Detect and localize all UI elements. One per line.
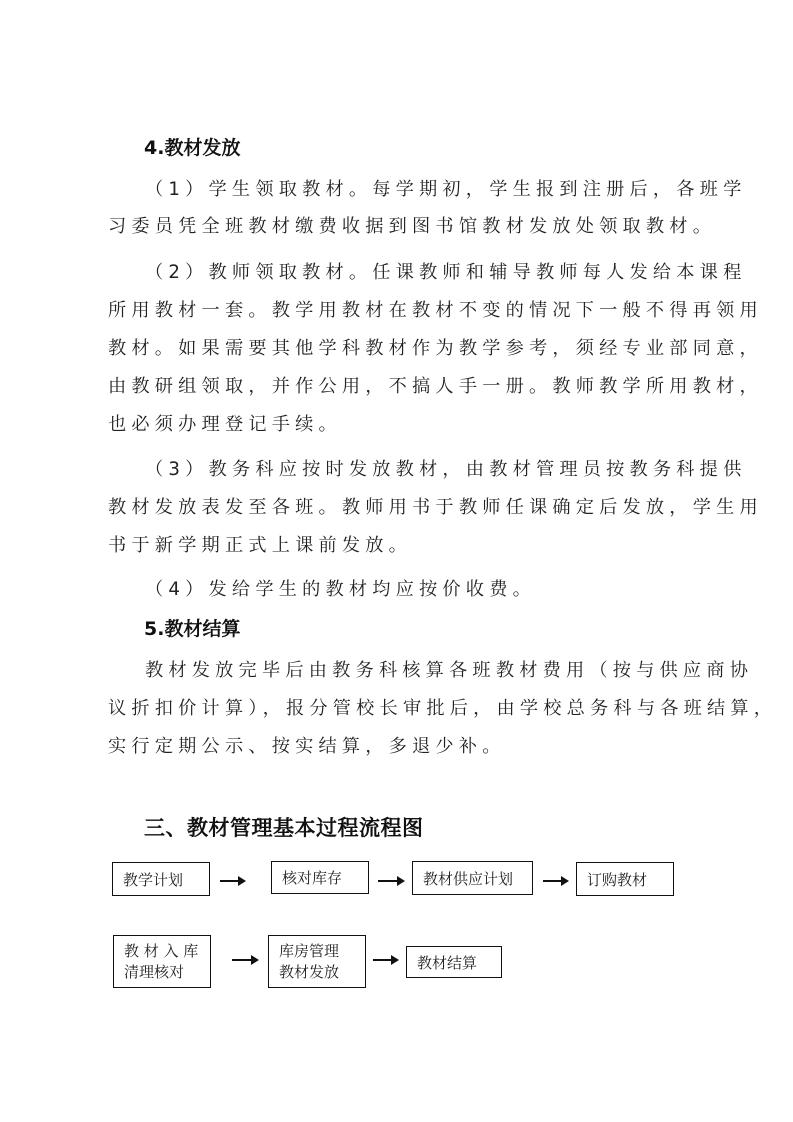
section-4-heading: 4.教材发放 <box>144 133 240 160</box>
paragraph-line: （4）发给学生的教材均应按价收费。 <box>145 575 536 601</box>
section-5-heading: 5.教材结算 <box>144 614 240 641</box>
paragraph-line: （2）教师领取教材。任课教师和辅导教师每人发给本课程 <box>145 258 746 284</box>
flow-box-label: 订购教材 <box>587 869 647 890</box>
paragraph-line: 由教研组领取，并作公用，不搞人手一册。教师教学所用教材， <box>108 372 763 398</box>
paragraph-line: 教材发放完毕后由教务科核算各班教材费用（按与供应商协 <box>145 656 753 682</box>
paragraph-line: 教材。如果需要其他学科教材作为教学参考，须经专业部同意， <box>108 334 763 360</box>
flow-box-label: 教学计划 <box>123 869 183 890</box>
arrow-right-icon <box>220 880 244 882</box>
flow-box-supply-plan: 教材供应计划 <box>412 861 533 895</box>
arrow-right-icon <box>543 880 567 882</box>
paragraph-line: 教材发放表发至各班。教师用书于教师任课确定后发放，学生用 <box>108 493 763 519</box>
flow-box-label-line1: 教 材 入 库 <box>124 941 198 962</box>
flow-box-label-line2: 清理核对 <box>124 962 184 983</box>
document-page: 4.教材发放 （1）学生领取教材。每学期初，学生报到注册后，各班学 习委员凭全班… <box>0 0 793 1122</box>
paragraph-line: 所用教材一套。教学用教材在教材不变的情况下一般不得再领用 <box>108 296 763 322</box>
arrow-right-icon <box>378 880 403 882</box>
paragraph-line: 书于新学期正式上课前发放。 <box>108 531 412 557</box>
arrow-right-icon <box>232 959 257 961</box>
flow-box-storage-check: 教 材 入 库 清理核对 <box>113 935 211 988</box>
flow-box-check-inventory: 核对库存 <box>271 861 369 894</box>
paragraph-line: （1）学生领取教材。每学期初，学生报到注册后，各班学 <box>145 175 746 201</box>
flow-box-label: 教材结算 <box>417 952 477 973</box>
flow-box-label-line1: 库房管理 <box>279 941 339 962</box>
flow-box-label-line2: 教材发放 <box>279 962 339 983</box>
paragraph-line: 习委员凭全班教材缴费收据到图书馆教材发放处领取教材。 <box>108 212 716 238</box>
paragraph-line: 也必须办理登记手续。 <box>108 410 342 436</box>
paragraph-line: 实行定期公示、按实结算，多退少补。 <box>108 732 506 758</box>
flow-box-label: 核对库存 <box>282 867 342 888</box>
flow-box-order-materials: 订购教材 <box>576 862 674 896</box>
flow-box-teaching-plan: 教学计划 <box>112 862 210 896</box>
flow-box-label: 教材供应计划 <box>423 868 513 889</box>
flow-box-settlement: 教材结算 <box>406 946 502 978</box>
paragraph-line: （3）教务科应按时发放教材，由教材管理员按教务科提供 <box>145 455 746 481</box>
paragraph-line: 议折扣价计算），报分管校长审批后，由学校总务科与各班结算， <box>108 694 777 720</box>
arrow-right-icon <box>373 959 397 961</box>
flowchart-title: 三、教材管理基本过程流程图 <box>144 812 424 842</box>
flow-box-warehouse-distribution: 库房管理 教材发放 <box>268 935 366 988</box>
